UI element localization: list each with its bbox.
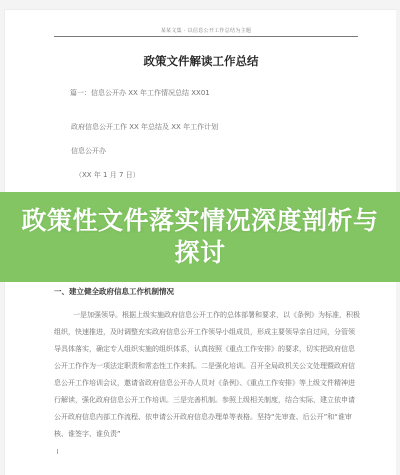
header-divider (54, 36, 358, 37)
report-title: 政府信息公开工作 XX 年总结及 XX 年工作计划 (71, 122, 218, 132)
article-subtitle: 篇一：信息公开办 XX 年工作情况总结 XX01 (70, 88, 210, 98)
text-cursor (57, 449, 58, 454)
title-banner: 政策性文件落实情况深度剖析与探讨 (0, 192, 400, 282)
document-title: 政策文件解读工作总结 (5, 53, 397, 69)
section-heading: 一、建立健全政府信息工作机制情况 (54, 286, 174, 297)
banner-title: 政策性文件落实情况深度剖析与探讨 (10, 205, 390, 269)
document-viewer: 某某文集 · 以信息公开工作总结为主题 政策文件解读工作总结 篇一：信息公开办 … (0, 0, 400, 475)
main-paragraph: 一是加强领导。根据上级实施政府信息公开工作的总体部署和要求，以《条例》为标准，积… (54, 307, 360, 443)
running-header: 某某文集 · 以信息公开工作总结为主题 (55, 27, 357, 34)
report-date: （XX 年 1 月 7 日） (75, 170, 140, 180)
office-name: 信息公开办 (71, 146, 106, 156)
